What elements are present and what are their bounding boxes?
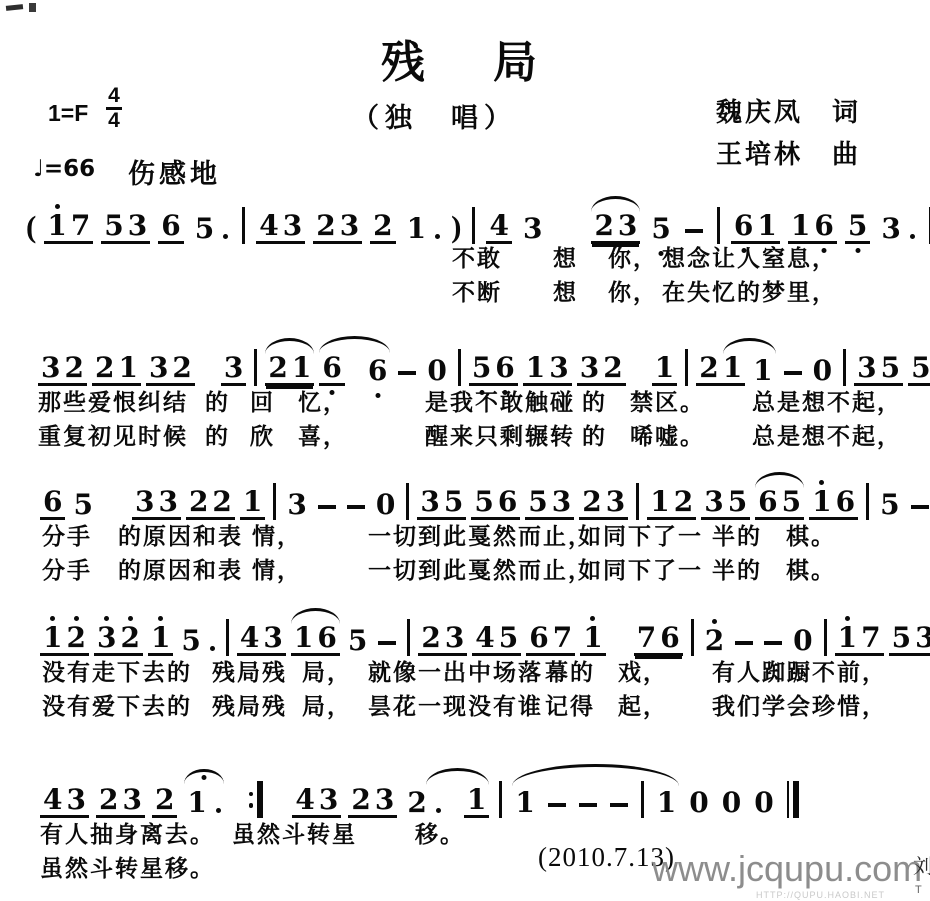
lyric-text: 你，: [608, 240, 658, 273]
note-digit: 5: [470, 353, 493, 383]
note-group: 0: [751, 788, 776, 818]
note-digit: 6: [812, 211, 835, 241]
note: 2: [349, 785, 372, 815]
augmentation-dot: [216, 808, 221, 813]
repeat-dots: [249, 792, 254, 808]
note: 3: [133, 487, 156, 517]
dash-extension: [318, 505, 336, 510]
lyric-text: 在失忆的梦里，: [662, 274, 837, 307]
lyric-text: 不敢: [452, 240, 502, 273]
lyric-text: 有人抽身离去。: [40, 816, 215, 849]
note-group: 6: [319, 353, 344, 386]
note-digit: 7: [859, 623, 882, 653]
barline: [407, 619, 410, 656]
note: 1: [655, 788, 678, 818]
note-digit: 3: [702, 487, 725, 517]
lyric-text: 的: [205, 418, 230, 451]
barline: [472, 207, 475, 244]
note-group: 0: [810, 356, 835, 386]
barline: [824, 619, 827, 656]
note-digit: 4: [487, 211, 510, 241]
key-signature: 1=F: [48, 100, 88, 127]
composer-credit: 王培林 曲: [716, 134, 861, 171]
note: 6: [159, 211, 182, 241]
note-digit: 4: [473, 623, 496, 653]
lyric-text: 分手: [42, 552, 92, 585]
note: 6: [493, 353, 516, 383]
dash-extension: [784, 371, 802, 376]
note: 1: [405, 214, 428, 244]
note: 3: [222, 353, 245, 383]
lyric-text: 唏嘘。: [630, 418, 705, 451]
note: 4: [257, 211, 280, 241]
note: 5: [193, 214, 216, 244]
note: 6: [496, 487, 519, 517]
note-group: 32: [94, 616, 143, 656]
note: 0: [791, 626, 814, 656]
note: 3: [418, 487, 441, 517]
lyric-text: 的: [205, 384, 230, 417]
note: 3: [338, 211, 361, 241]
note-group: 17: [835, 616, 884, 656]
note-digit: 3: [913, 623, 930, 653]
note-digit: 2: [314, 211, 337, 241]
note: 2: [405, 788, 428, 818]
note-digit: 1: [45, 211, 68, 241]
octave-dot-low: [855, 248, 860, 253]
note-group: 1: [580, 616, 605, 656]
note-digit: 2: [419, 623, 442, 653]
note-digit: 7: [635, 623, 658, 653]
lyric-text: 总是想不起，: [752, 418, 902, 451]
lyric-text: 昙花一现没有谁: [368, 688, 543, 721]
note-group: 65: [755, 487, 804, 520]
dash-extension: [398, 371, 416, 376]
note-digit: 5: [846, 211, 869, 241]
note-digit: 1: [465, 785, 488, 815]
lyric-text: 局，: [302, 688, 352, 721]
note: 6: [658, 623, 681, 653]
note-group: 21: [265, 353, 314, 386]
barline: [717, 207, 720, 244]
note: 7: [69, 211, 92, 241]
note: 1: [45, 204, 68, 241]
sheet-music-page: 残 局 （独 唱） 魏庆凤 词 王培林 曲 1=F 4 4 ♩=66 伤感地 (…: [0, 0, 930, 901]
note-group: 16: [291, 623, 340, 656]
note: 2: [118, 616, 141, 653]
note-digit: 3: [222, 353, 245, 383]
note: 3: [521, 214, 544, 244]
lyric-text: 如同下了一: [578, 552, 703, 585]
note: 3: [281, 211, 304, 241]
note-digit: 6: [496, 487, 519, 517]
note-group: 53: [889, 623, 930, 656]
lyric-text: 虽然斗转星: [232, 816, 357, 849]
note: 2: [371, 211, 394, 241]
note: 3: [550, 487, 573, 517]
notation-system: 3221323216605613321211035565: [38, 340, 930, 386]
lyric-text: 没有走下去的: [42, 654, 192, 687]
note: 5: [526, 487, 549, 517]
note-group: 32: [146, 353, 195, 386]
note: 3: [156, 487, 179, 517]
note-digit: 6: [527, 623, 550, 653]
note: 2: [153, 785, 176, 815]
note-digit: 3: [616, 211, 639, 241]
note: 5: [726, 487, 749, 517]
note-digit: 2: [371, 211, 394, 241]
note-group: 33: [132, 487, 181, 520]
note: 5: [497, 623, 520, 653]
barline: [641, 781, 644, 818]
note-digit: 0: [374, 490, 397, 520]
note: 4: [41, 785, 64, 815]
note-digit: 0: [811, 356, 834, 386]
note-group: 1: [404, 214, 443, 244]
intro-paren: ): [451, 210, 461, 244]
lyric-text: 残局残: [212, 654, 287, 687]
note-digit: 1: [241, 487, 264, 517]
note-group: 1: [184, 788, 223, 818]
lyric-text: 我们学会珍惜，: [712, 688, 887, 721]
note-group: 43: [237, 623, 286, 656]
note-digit: 1: [755, 211, 778, 241]
note-group: 5: [877, 490, 902, 520]
time-signature-bottom: 4: [108, 111, 120, 131]
note-group: 1: [148, 616, 173, 656]
dash-extension: [735, 641, 753, 646]
note: 1: [513, 788, 536, 818]
lyric-text: 就像一出中场落: [368, 654, 543, 687]
lyric-text: 情，: [252, 552, 302, 585]
note-digit: 6: [732, 211, 755, 241]
dash-extension: [378, 641, 396, 646]
note-group: 21: [696, 353, 745, 386]
note: 5: [71, 490, 94, 520]
barline: [458, 349, 461, 386]
note-digit: 5: [179, 626, 202, 656]
note-digit: 2: [672, 487, 695, 517]
song-title: 残 局: [0, 26, 930, 90]
note-digit: 5: [346, 626, 369, 656]
note-group: 2: [702, 619, 727, 656]
note-digit: 3: [64, 785, 87, 815]
notation-system: 43232143232111000: [40, 772, 802, 818]
lyric-text: 棋。: [786, 552, 836, 585]
note-digit: 4: [257, 211, 280, 241]
note: 3: [702, 487, 725, 517]
note: 1: [751, 356, 774, 386]
note: 1: [241, 487, 264, 517]
note-digit: 1: [653, 353, 676, 383]
note-group: 12: [647, 487, 696, 520]
note-group: 35: [701, 487, 750, 520]
note: 5: [179, 626, 202, 656]
note-digit: 1: [524, 353, 547, 383]
note-digit: 3: [418, 487, 441, 517]
note: 1: [836, 616, 859, 653]
lyric-text: 没有爱下去的: [42, 688, 192, 721]
barline: [866, 483, 869, 520]
lyric-text: 的原因和表: [118, 518, 243, 551]
note-digit: 0: [791, 626, 814, 656]
lyric-text: 一切到此戛然而止，: [368, 518, 593, 551]
lyric-text: 那些爱恨纠结: [38, 384, 188, 417]
note: 3: [855, 353, 878, 383]
edge-clipped-glyph: 刘: [913, 850, 930, 879]
note-group: 3: [520, 214, 545, 244]
note-group: 5: [845, 211, 870, 244]
repeat-dot: [249, 792, 254, 797]
note: 6: [834, 487, 857, 517]
note: 3: [578, 353, 601, 383]
note-group: 1: [512, 788, 537, 818]
note: 4: [473, 623, 496, 653]
lyric-text: 半的: [712, 518, 762, 551]
note: 3: [373, 785, 396, 815]
note-digit: 5: [71, 490, 94, 520]
barline: [685, 349, 688, 386]
note-digit: 1: [185, 788, 208, 818]
note-digit: 6: [493, 353, 516, 383]
note-group: 3: [221, 353, 246, 386]
note-digit: 4: [293, 785, 316, 815]
note: 1: [292, 623, 315, 653]
barline: [273, 483, 276, 520]
note-digit: 3: [281, 211, 304, 241]
note-group: 35: [854, 353, 903, 386]
note: 3: [120, 785, 143, 815]
note: 7: [551, 623, 574, 653]
note: 2: [266, 353, 289, 383]
note: 4: [487, 211, 510, 241]
augmentation-dot: [435, 234, 440, 239]
note-digit: 3: [133, 487, 156, 517]
note-digit: 6: [41, 487, 64, 517]
note: 4: [238, 623, 261, 653]
note-digit: 3: [521, 214, 544, 244]
note: 3: [285, 490, 308, 520]
note-group: 2: [152, 785, 177, 818]
note-group: 0: [719, 788, 744, 818]
note-digit: 2: [601, 353, 624, 383]
lyric-text: 你，: [608, 274, 658, 307]
lyric-text: 棋。: [786, 518, 836, 551]
note-group: 56: [469, 353, 518, 386]
note-group: 1: [464, 785, 489, 818]
note-digit: 1: [41, 623, 64, 653]
note-digit: 5: [890, 623, 913, 653]
note-digit: 1: [789, 211, 812, 241]
scan-artifact: [6, 4, 23, 11]
note-digit: 1: [836, 623, 859, 653]
note: 0: [811, 356, 834, 386]
note: 3: [95, 616, 118, 653]
barline: [843, 349, 846, 386]
note-digit: 2: [405, 788, 428, 818]
note-digit: 1: [810, 487, 833, 517]
lyric-text: 是我不敢触碰: [425, 384, 575, 417]
octave-dot-low: [375, 393, 380, 398]
note-digit: 2: [187, 487, 210, 517]
lyric-text: 残局残: [212, 688, 287, 721]
note: 1: [755, 211, 778, 241]
note: 3: [261, 623, 284, 653]
note: 3: [604, 487, 627, 517]
note: 5: [470, 353, 493, 383]
note: 1: [581, 616, 604, 653]
notation-system: (175365432321)43235611653: [26, 198, 930, 244]
lyric-text: 有人踟蹰不前，: [712, 654, 887, 687]
note: 2: [93, 353, 116, 383]
note-group: 23: [348, 785, 397, 818]
note: 3: [126, 211, 149, 241]
dash-extension: [548, 803, 566, 808]
note: 3: [39, 353, 62, 383]
note-digit: 3: [373, 785, 396, 815]
note: 1: [653, 353, 676, 383]
note-digit: 1: [655, 788, 678, 818]
lyric-text: 起，: [618, 688, 668, 721]
final-barline: [787, 781, 800, 818]
dash-extension: [347, 505, 365, 510]
dash-extension: [764, 641, 782, 646]
lyric-text: 醒来只剩辗转: [425, 418, 575, 451]
thin-bar: [787, 781, 790, 818]
lyric-text: 的: [582, 384, 607, 417]
note-group: 0: [686, 788, 711, 818]
lyric-text: 想: [553, 274, 578, 307]
note-digit: 3: [547, 353, 570, 383]
note-digit: 3: [285, 490, 308, 520]
intro-paren: (: [26, 210, 36, 244]
note-digit: 6: [159, 211, 182, 241]
note-group: 56: [908, 353, 930, 386]
note-group: 1: [240, 487, 265, 520]
note-digit: 2: [349, 785, 372, 815]
note-group: 32: [38, 353, 87, 386]
note-digit: 1: [513, 788, 536, 818]
note: 2: [210, 487, 233, 517]
note: 2: [703, 619, 726, 656]
note: 2: [601, 353, 624, 383]
note-group: 2: [404, 788, 443, 818]
note-digit: 1: [292, 623, 315, 653]
note: 3: [64, 785, 87, 815]
note: 0: [720, 788, 743, 818]
note: 6: [812, 211, 835, 241]
note-digit: 2: [64, 623, 87, 653]
note: 1: [465, 785, 488, 815]
note: 2: [672, 487, 695, 517]
note-digit: 2: [697, 353, 720, 383]
note-digit: 3: [156, 487, 179, 517]
note-group: 6: [158, 211, 183, 244]
note-digit: 6: [320, 353, 343, 383]
note: 5: [346, 626, 369, 656]
note-group: 45: [472, 623, 521, 656]
spacer: [350, 385, 360, 386]
note-digit: 3: [39, 353, 62, 383]
note-digit: 3: [604, 487, 627, 517]
lyric-text: 喜，: [298, 418, 348, 451]
note: 3: [443, 623, 466, 653]
note-group: 23: [313, 211, 362, 244]
note-digit: 6: [366, 356, 389, 386]
note-digit: 3: [855, 353, 878, 383]
lyric-text: 的原因和表: [118, 552, 243, 585]
lyric-text: 的: [582, 418, 607, 451]
dash-extension: [610, 803, 628, 808]
note: 2: [64, 616, 87, 653]
note: 2: [187, 487, 210, 517]
note-digit: 2: [62, 353, 85, 383]
note-digit: 2: [97, 785, 120, 815]
note-digit: 1: [721, 353, 744, 383]
note-group: 67: [526, 623, 575, 656]
note: 0: [374, 490, 397, 520]
note-digit: 5: [102, 211, 125, 241]
note: 0: [752, 788, 775, 818]
note-group: 6: [365, 356, 390, 386]
note-group: 1: [652, 353, 677, 386]
note-digit: 5: [909, 353, 930, 383]
note-digit: 3: [879, 214, 902, 244]
note-digit: 2: [93, 353, 116, 383]
dash-extension: [579, 803, 597, 808]
note-digit: 3: [550, 487, 573, 517]
dash-extension: [685, 229, 703, 234]
note-group: 16: [809, 480, 858, 520]
note-group: 3: [284, 490, 309, 520]
note-group: 5: [178, 626, 217, 656]
lyric-text: 虽然斗转星移。: [40, 850, 215, 883]
note: 1: [648, 487, 671, 517]
barline: [406, 483, 409, 520]
note: 1: [185, 788, 208, 818]
note: 3: [879, 214, 902, 244]
note-digit: 2: [703, 626, 726, 656]
note: 2: [97, 785, 120, 815]
scan-artifact: [29, 3, 36, 12]
watermark-sub-url: HTTP://QUPU.HAOBI.NET: [756, 890, 885, 900]
note-group: 43: [40, 785, 89, 818]
note-group: 0: [373, 490, 398, 520]
note-digit: 3: [126, 211, 149, 241]
note-group: 1: [654, 788, 679, 818]
performance-type: （独 唱）: [352, 96, 517, 135]
note: 1: [789, 211, 812, 241]
note: 2: [419, 623, 442, 653]
note: 3: [616, 211, 639, 241]
note-digit: 1: [648, 487, 671, 517]
note-digit: 3: [147, 353, 170, 383]
note-digit: 5: [497, 623, 520, 653]
note-digit: 6: [834, 487, 857, 517]
note-digit: 2: [266, 353, 289, 383]
note-group: 5: [70, 490, 95, 520]
note-digit: 4: [238, 623, 261, 653]
note: 2: [580, 487, 603, 517]
note-group: 35: [417, 487, 466, 520]
thick-bar: [793, 781, 799, 818]
note: 3: [317, 785, 340, 815]
lyricist-credit: 魏庆凤 词: [716, 92, 861, 129]
notation-system: 1232154316523456717620175365: [40, 610, 930, 656]
lyric-text: 半的: [712, 552, 762, 585]
note-digit: 5: [780, 487, 803, 517]
note-digit: 5: [526, 487, 549, 517]
